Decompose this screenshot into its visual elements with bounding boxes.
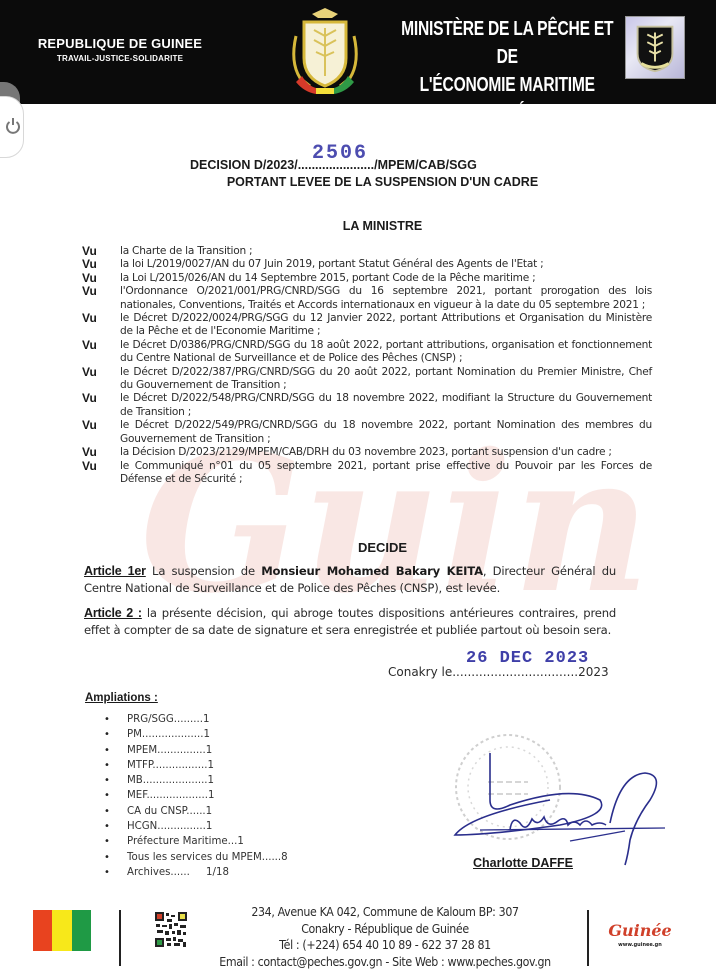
consideration-item: Vule Décret D/2022/387/PRG/CNRD/SGG du 2…	[82, 366, 652, 393]
consideration-item: Vule Décret D/2022/0024/PRG/SGG du 12 Ja…	[82, 312, 652, 339]
guinea-flag-icon	[33, 910, 91, 951]
consideration-item: Vule Décret D/2022/548/PRG/CNRD/SGG du 1…	[82, 392, 652, 419]
guinea-coat-of-arms-icon	[284, 6, 366, 98]
flag-stripe-yellow	[52, 910, 71, 951]
consideration-text: la Charte de la Transition ;	[120, 245, 652, 258]
vu-label: Vu	[82, 258, 120, 271]
ampliation-item: Préfecture Maritime...1	[104, 834, 288, 849]
ampliations-heading: Ampliations :	[85, 692, 158, 704]
consideration-item: Vula Charte de la Transition ;	[82, 245, 652, 258]
article-1-label: Article 1er	[84, 564, 146, 578]
guinee-logo: Guinée www.guinee.gn	[604, 912, 676, 954]
article-1-text-pre: La suspension de	[146, 564, 261, 578]
footer-address-line-2: Conakry - République de Guinée	[215, 921, 555, 938]
ministry-emblem-icon	[625, 16, 685, 79]
consideration-text: le Décret D/2022/549/PRG/CNRD/SGG du 18 …	[120, 419, 652, 446]
article-2: Article 2 : la présente décision, qui ab…	[84, 605, 616, 639]
footer-email-web: Email : contact@peches.gov.gn - Site Web…	[215, 954, 555, 971]
vu-label: Vu	[82, 366, 120, 393]
consideration-text: l'Ordonnance O/2021/001/PRG/CNRD/SGG du …	[120, 285, 652, 312]
decide-heading: DECIDE	[0, 540, 720, 555]
signature-icon	[450, 745, 680, 870]
ampliation-item: MPEM...............1	[104, 743, 288, 758]
vu-label: Vu	[82, 312, 120, 339]
consideration-text: le Décret D/2022/387/PRG/CNRD/SGG du 20 …	[120, 366, 652, 393]
article-2-text: la présente décision, qui abroge toutes …	[84, 606, 616, 637]
vu-label: Vu	[82, 245, 120, 258]
guinee-logo-url: www.guinee.gn	[604, 942, 676, 948]
footer-contact: 234, Avenue KA 042, Commune de Kaloum BP…	[215, 904, 555, 970]
article-1: Article 1er La suspension de Monsieur Mo…	[84, 563, 616, 597]
ampliation-item: MB....................1	[104, 773, 288, 788]
vu-label: Vu	[82, 285, 120, 312]
consideration-text: le Décret D/2022/0024/PRG/SGG du 12 Janv…	[120, 312, 652, 339]
footer-phone: Tél : (+224) 654 40 10 89 - 622 37 28 81	[215, 937, 555, 954]
consideration-text: le Communiqué n°01 du 05 septembre 2021,…	[120, 460, 652, 487]
consideration-text: la loi L/2019/0027/AN du 07 Juin 2019, p…	[120, 258, 652, 271]
republic-name: REPUBLIQUE DE GUINEE	[20, 36, 220, 51]
republic-motto: TRAVAIL-JUSTICE-SOLIDARITE	[20, 54, 220, 63]
consideration-text: la Décision D/2023/2129/MPEM/CAB/DRH du …	[120, 446, 652, 459]
flag-stripe-red	[33, 910, 52, 951]
power-button[interactable]	[0, 96, 24, 158]
footer-divider	[587, 910, 589, 966]
consideration-item: Vula Décision D/2023/2129/MPEM/CAB/DRH d…	[82, 446, 652, 459]
person-name: Monsieur Mohamed Bakary KEITA	[261, 564, 483, 578]
vu-label: Vu	[82, 272, 120, 285]
consideration-text: le Décret D/2022/548/PRG/CNRD/SGG du 18 …	[120, 392, 652, 419]
consideration-text: le Décret D/0386/PRG/CNRD/SGG du 18 août…	[120, 339, 652, 366]
decision-suffix: /MPEM/CAB/SGG	[374, 158, 477, 172]
ampliation-item: PRG/SGG.........1	[104, 712, 288, 727]
letterhead-banner: REPUBLIQUE DE GUINEE TRAVAIL-JUSTICE-SOL…	[0, 0, 716, 104]
ampliation-item: CA du CNSP......1	[104, 804, 288, 819]
ministry-line-2: L'ÉCONOMIE MARITIME GUINÉE	[398, 71, 616, 127]
ampliation-item: HCGN...............1	[104, 819, 288, 834]
power-icon	[5, 117, 21, 135]
decision-dots: ......................	[298, 158, 374, 172]
ampliation-item: Archives...... 1/18	[104, 865, 288, 880]
consideration-item: Vula Loi L/2015/026/AN du 14 Septembre 2…	[82, 272, 652, 285]
article-2-label: Article 2 :	[84, 606, 142, 620]
ampliations-list: PRG/SGG.........1PM...................1M…	[104, 712, 288, 880]
ministry-line-1: MINISTÈRE DE LA PÊCHE ET DE	[398, 15, 616, 71]
guinee-logo-word: Guinée	[604, 920, 676, 942]
place-and-date: Conakry le..............................…	[388, 665, 609, 679]
ampliation-item: Tous les services du MPEM......8	[104, 850, 288, 865]
ampliation-item: MTFP.................1	[104, 758, 288, 773]
footer-address-line-1: 234, Avenue KA 042, Commune de Kaloum BP…	[215, 904, 555, 921]
consideration-item: Vule Décret D/0386/PRG/CNRD/SGG du 18 ao…	[82, 339, 652, 366]
consideration-item: Vule Communiqué n°01 du 05 septembre 202…	[82, 460, 652, 487]
ampliation-item: PM...................1	[104, 727, 288, 742]
vu-label: Vu	[82, 392, 120, 419]
signatory-name: Charlotte DAFFE	[473, 856, 573, 870]
vu-label: Vu	[82, 339, 120, 366]
flag-stripe-green	[72, 910, 91, 951]
decision-reference: DECISION D/2023/....................../M…	[190, 158, 477, 172]
qr-code-icon	[154, 911, 188, 948]
vu-label: Vu	[82, 460, 120, 487]
vu-label: Vu	[82, 419, 120, 446]
consideration-item: Vule Décret D/2022/549/PRG/CNRD/SGG du 1…	[82, 419, 652, 446]
ministry-name: MINISTÈRE DE LA PÊCHE ET DE L'ÉCONOMIE M…	[398, 15, 616, 127]
vu-label: Vu	[82, 446, 120, 459]
decision-prefix: DECISION D/2023/	[190, 158, 298, 172]
authority-heading: LA MINISTRE	[0, 219, 720, 233]
ampliation-item: MEF...................1	[104, 788, 288, 803]
considerations-list: Vula Charte de la Transition ;Vula loi L…	[82, 245, 652, 486]
consideration-item: Vul'Ordonnance O/2021/001/PRG/CNRD/SGG d…	[82, 285, 652, 312]
consideration-item: Vula loi L/2019/0027/AN du 07 Juin 2019,…	[82, 258, 652, 271]
republic-block: REPUBLIQUE DE GUINEE TRAVAIL-JUSTICE-SOL…	[20, 36, 220, 63]
decision-subject: PORTANT LEVEE DE LA SUSPENSION D'UN CADR…	[0, 175, 720, 189]
footer-divider	[119, 910, 121, 966]
consideration-text: la Loi L/2015/026/AN du 14 Septembre 201…	[120, 272, 652, 285]
